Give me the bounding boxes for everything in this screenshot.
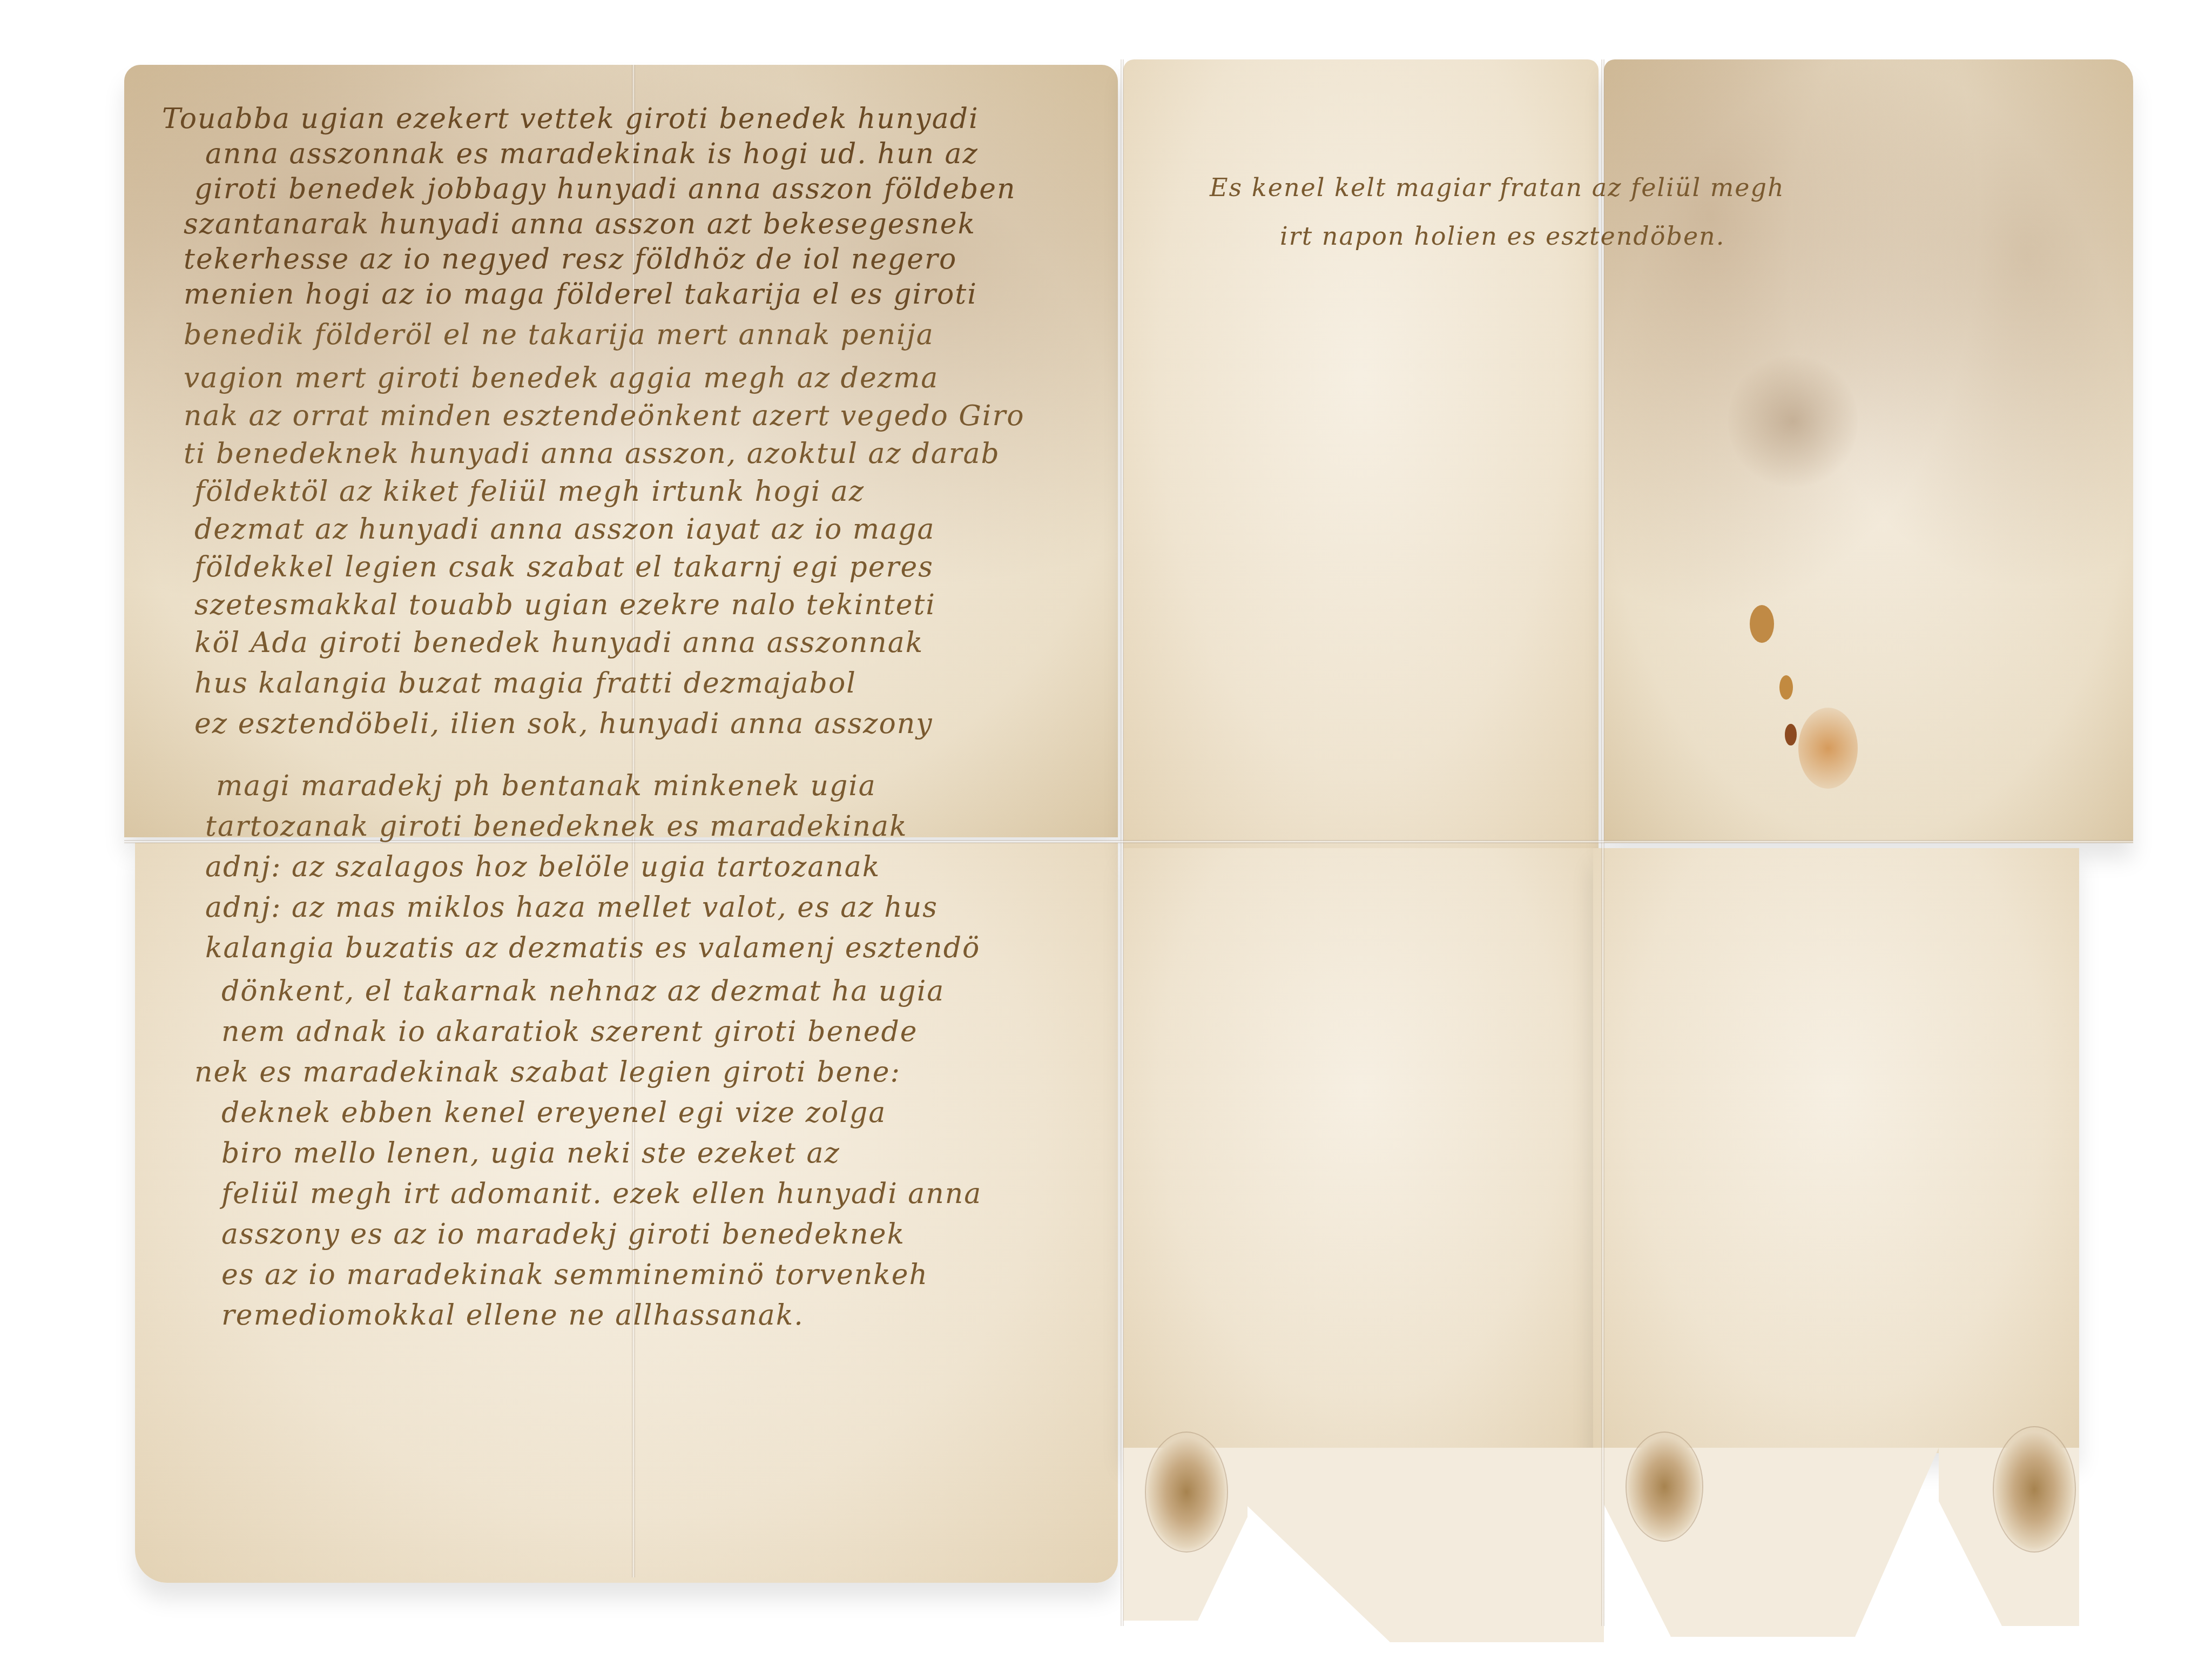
panel-right-bottom <box>1593 848 2079 1453</box>
text-line: tartozanak giroti benedeknek es maradeki… <box>205 810 908 843</box>
text-line: köl Ada giroti benedek hunyadi anna assz… <box>194 627 923 659</box>
text-line: menien hogi az io maga földerel takarija… <box>184 278 977 311</box>
text-line: feliül megh irt adomanit. ezek ellen hun… <box>221 1178 982 1210</box>
text-line: adnj: az mas miklos haza mellet valot, e… <box>205 891 938 924</box>
text-line: földekkel legien csak szabat el takarnj … <box>194 551 934 583</box>
text-line: remediomokkal ellene ne allhassanak. <box>221 1299 804 1332</box>
text-line: nem adnak io akaratiok szerent giroti be… <box>221 1016 918 1048</box>
text-line: kalangia buzatis az dezmatis es valamenj… <box>205 932 980 964</box>
text-line: magi maradekj ph bentanak minkenek ugia <box>216 770 876 802</box>
side-note-line: irt napon holien es esztendöben. <box>1280 221 1725 251</box>
text-line: vagion mert giroti benedek aggia megh az… <box>184 362 939 394</box>
text-line: hus kalangia buzat magia fratti dezmajab… <box>194 667 857 700</box>
wax-seal-3 <box>1993 1426 2076 1553</box>
text-line: nek es maradekinak szabat legien giroti … <box>194 1056 901 1089</box>
text-line: szetesmakkal touabb ugian ezekre nalo te… <box>194 589 936 621</box>
manuscript-photo: Touabba ugian ezekert vettek giroti bene… <box>0 0 2212 1673</box>
seal-tab-2 <box>1247 1448 1604 1642</box>
text-line: deknek ebben kenel ereyenel egi vize zol… <box>221 1097 886 1129</box>
text-line: ez esztendöbeli, ilien sok, hunyadi anna… <box>194 708 933 740</box>
wax-seal-1 <box>1145 1432 1228 1553</box>
text-line: benedik földeröl el ne takarija mert ann… <box>184 319 934 351</box>
stain-1 <box>1750 605 1774 643</box>
text-line: tekerhesse az io negyed resz földhöz de … <box>184 243 957 276</box>
text-line: földektöl az kiket feliül megh irtunk ho… <box>194 475 865 508</box>
panel-mid-bottom <box>1123 848 1599 1453</box>
stain-2 <box>1779 675 1793 700</box>
text-line: anna asszonnak es maradekinak is hogi ud… <box>205 138 979 170</box>
text-line: dezmat az hunyadi anna asszon iayat az i… <box>194 513 935 546</box>
text-line: ti benedeknek hunyadi anna asszon, azokt… <box>184 438 1000 470</box>
stain-5 <box>1728 351 1858 492</box>
text-line: szantanarak hunyadi anna asszon azt beke… <box>184 208 976 240</box>
stain-3 <box>1798 708 1858 789</box>
text-line: Touabba ugian ezekert vettek giroti bene… <box>162 103 979 135</box>
side-note-line: Es kenel kelt magiar fratan az feliül me… <box>1210 173 1785 202</box>
stain-4 <box>1785 724 1797 745</box>
text-line: nak az orrat minden esztendeönkent azert… <box>184 400 1025 432</box>
wax-seal-2 <box>1626 1432 1703 1542</box>
text-line: dönkent, el takarnak nehnaz az dezmat ha… <box>221 975 945 1007</box>
text-line: giroti benedek jobbagy hunyadi anna assz… <box>194 173 1016 205</box>
text-line: asszony es az io maradekj giroti benedek… <box>221 1218 905 1251</box>
text-line: es az io maradekinak semmineminö torvenk… <box>221 1259 928 1291</box>
text-line: adnj: az szalagos hoz belöle ugia tartoz… <box>205 851 880 883</box>
text-line: biro mello lenen, ugia neki ste ezeket a… <box>221 1137 840 1170</box>
